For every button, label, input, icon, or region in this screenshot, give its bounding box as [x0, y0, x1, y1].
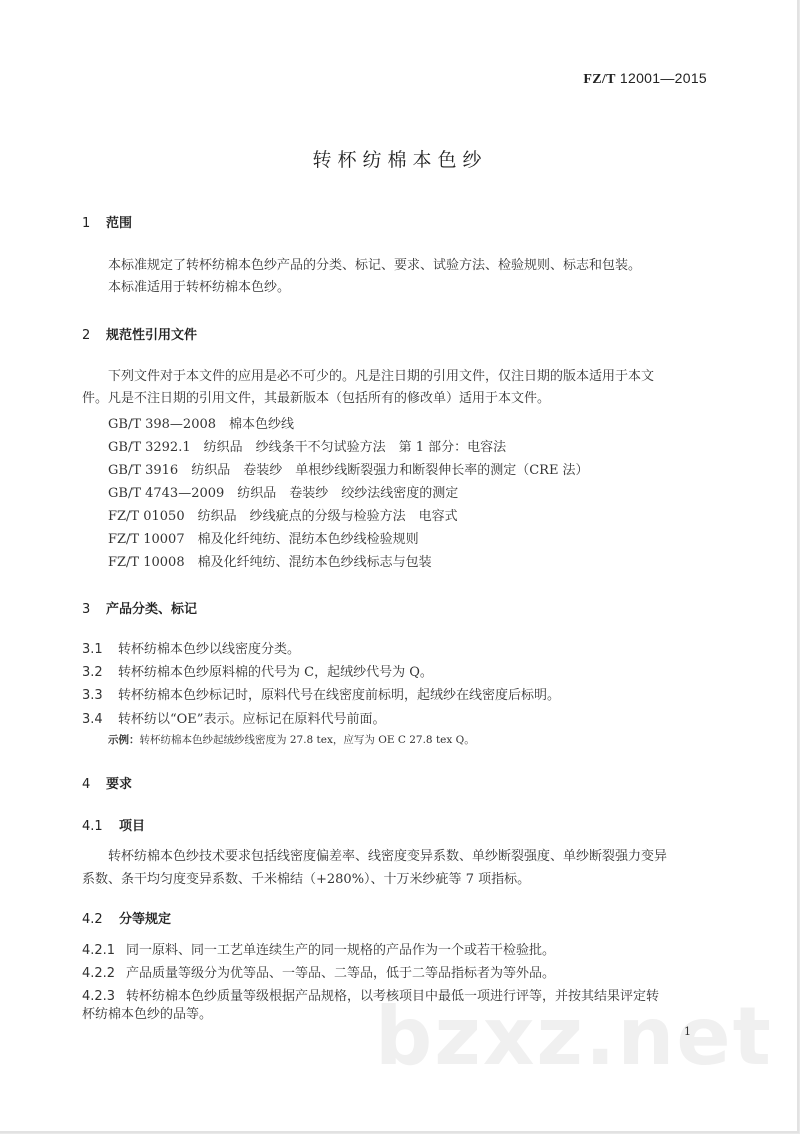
page-number: 1 — [684, 1025, 691, 1038]
clause-3-2: 3.2转杯纺棉本色纱原料棉的代号为 C，起绒纱代号为 Q。 — [82, 661, 433, 680]
clause-number: 4.2.3 — [82, 989, 126, 1004]
clause-number: 4.2.2 — [82, 966, 126, 981]
section-title: 分等规定 — [119, 912, 171, 927]
section-1-heading: 1范围 — [82, 212, 132, 231]
standard-number: 12001—2015 — [620, 70, 707, 86]
document-page: FZ/T 12001—2015 转杯纺棉本色纱 1范围 本标准规定了转杯纺棉本色… — [0, 0, 799, 1133]
clause-text: 转杯纺棉本色纱标记时，原料代号在线密度前标明，起绒纱在线密度后标明。 — [118, 688, 560, 703]
clause-text: 转杯纺以“OE”表示。应标记在原料代号前面。 — [118, 712, 385, 727]
example-label: 示例： — [108, 734, 140, 746]
section-title: 产品分类、标记 — [106, 602, 197, 617]
example-note: 示例：转杯纺棉本色纱起绒纱线密度为 27.8 tex，应写为 OE C 27.8… — [108, 732, 475, 747]
clause-text: 转杯纺棉本色纱以线密度分类。 — [118, 642, 300, 657]
section-number: 4.1 — [82, 819, 119, 834]
reference-item: GB/T 398—2008 棉本色纱线 — [108, 413, 294, 432]
section-2-heading: 2规范性引用文件 — [82, 324, 197, 343]
paragraph: 本标准适用于转杯纺棉本色纱。 — [108, 277, 290, 299]
paragraph: 系数、条干均匀度变异系数、千米棉结（+280%）、十万米纱疵等 7 项指标。 — [82, 869, 530, 891]
reference-item: GB/T 3292.1 纺织品 纱线条干不匀试验方法 第 1 部分：电容法 — [108, 436, 506, 455]
reference-item: FZ/T 10007 棉及化纤纯纺、混纺本色纱线检验规则 — [108, 528, 419, 547]
section-number: 4 — [82, 777, 106, 792]
clause-text: 产品质量等级分为优等品、一等品、二等品，低于二等品指标者为等外品。 — [126, 966, 555, 981]
section-4-heading: 4要求 — [82, 773, 132, 792]
section-4-1-heading: 4.1项目 — [82, 815, 145, 834]
reference-item: FZ/T 01050 纺织品 纱线疵点的分级与检验方法 电容式 — [108, 505, 458, 524]
section-title: 项目 — [119, 819, 145, 834]
paragraph: 本标准规定了转杯纺棉本色纱产品的分类、标记、要求、试验方法、检验规则、标志和包装… — [108, 255, 641, 277]
paragraph: 件。凡是不注日期的引用文件，其最新版本（包括所有的修改单）适用于本文件。 — [82, 388, 550, 410]
document-title: 转杯纺棉本色纱 — [0, 145, 800, 172]
clause-number: 4.2.1 — [82, 943, 126, 958]
clause-3-3: 3.3转杯纺棉本色纱标记时，原料代号在线密度前标明，起绒纱在线密度后标明。 — [82, 684, 560, 703]
clause-number: 3.3 — [82, 688, 118, 703]
section-4-2-heading: 4.2分等规定 — [82, 908, 171, 927]
watermark: bzxz.net — [375, 990, 773, 1083]
clause-text: 同一原料、同一工艺单连续生产的同一规格的产品作为一个或若干检验批。 — [126, 943, 555, 958]
clause-4-2-1: 4.2.1同一原料、同一工艺单连续生产的同一规格的产品作为一个或若干检验批。 — [82, 939, 555, 958]
reference-item: GB/T 3916 纺织品 卷装纱 单根纱线断裂强力和断裂伸长率的测定（CRE … — [108, 459, 589, 478]
section-title: 规范性引用文件 — [106, 328, 197, 343]
clause-number: 3.4 — [82, 712, 118, 727]
clause-3-4: 3.4转杯纺以“OE”表示。应标记在原料代号前面。 — [82, 708, 385, 727]
clause-number: 3.2 — [82, 665, 118, 680]
standard-prefix: FZ/T — [583, 72, 615, 87]
paragraph: 下列文件对于本文件的应用是必不可少的。凡是注日期的引用文件，仅注日期的版本适用于… — [108, 366, 654, 388]
reference-item: GB/T 4743—2009 纺织品 卷装纱 绞纱法线密度的测定 — [108, 482, 458, 501]
section-title: 要求 — [106, 777, 132, 792]
reference-item: FZ/T 10008 棉及化纤纯纺、混纺本色纱线标志与包装 — [108, 551, 432, 570]
clause-number: 3.1 — [82, 642, 118, 657]
section-number: 3 — [82, 602, 106, 617]
standard-code: FZ/T 12001—2015 — [583, 70, 707, 88]
section-number: 1 — [82, 216, 106, 231]
section-number: 4.2 — [82, 912, 119, 927]
section-3-heading: 3产品分类、标记 — [82, 598, 197, 617]
paragraph: 转杯纺棉本色纱技术要求包括线密度偏差率、线密度变异系数、单纱断裂强度、单纱断裂强… — [108, 846, 667, 868]
clause-3-1: 3.1转杯纺棉本色纱以线密度分类。 — [82, 638, 300, 657]
section-number: 2 — [82, 328, 106, 343]
example-text: 转杯纺棉本色纱起绒纱线密度为 27.8 tex，应写为 OE C 27.8 te… — [140, 734, 475, 746]
clause-text: 转杯纺棉本色纱原料棉的代号为 C，起绒纱代号为 Q。 — [118, 665, 433, 680]
section-title: 范围 — [106, 216, 132, 231]
clause-4-2-2: 4.2.2产品质量等级分为优等品、一等品、二等品，低于二等品指标者为等外品。 — [82, 962, 555, 981]
paragraph: 杯纺棉本色纱的品等。 — [82, 1004, 212, 1026]
